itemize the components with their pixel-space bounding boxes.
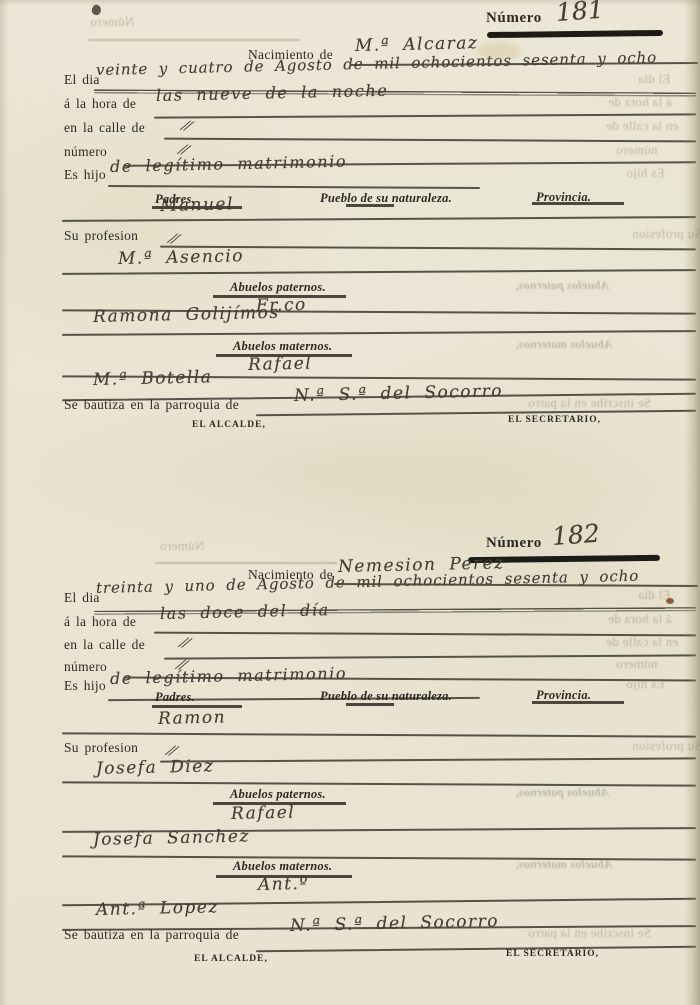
hijo-label: Es hijo xyxy=(64,678,106,694)
numero-label: Número xyxy=(486,535,542,552)
abuela-paterna-handwritten: Josefa Sanchez xyxy=(93,826,250,850)
bleed-through-abuelos-paternos: Abuelos paternos, xyxy=(515,785,609,800)
bleed-through-numero-casa: número xyxy=(616,656,658,672)
ruled-line xyxy=(108,185,480,189)
profesion-ditto-mark: // xyxy=(166,232,180,247)
secretario-signature-label: EL SECRETARIO, xyxy=(506,949,599,959)
header-underline xyxy=(532,202,624,205)
bleed-through-profesion: Su profesion xyxy=(632,226,700,242)
padre-value-handwritten: Manuel xyxy=(160,194,234,216)
madre-value-handwritten: Josefa Diez xyxy=(96,756,215,779)
bleed-through-dia: El dia xyxy=(638,71,671,87)
abuelo-materno-handwritten: Ant.º xyxy=(258,874,309,895)
bleed-through-hijo: Es hijo xyxy=(626,676,665,692)
birth-record-182: Número Número 182 Nacimiento de Nemesion… xyxy=(60,530,700,980)
bleed-through-line xyxy=(155,562,337,564)
hijo-value-handwritten: de legítimo matrimonio xyxy=(110,664,348,688)
ruled-line xyxy=(62,330,696,336)
hora-value-handwritten: las nueve de la noche xyxy=(156,81,389,105)
padre-value-handwritten: Ramon xyxy=(158,707,227,729)
bleed-through-abuelos-maternos: Abuelos maternos, xyxy=(515,857,612,872)
abuela-materna-handwritten: Ant.ª Lopez xyxy=(96,897,219,920)
bautiza-label: Se bautiza en la parroquia de xyxy=(64,397,239,413)
profesion-label: Su profesion xyxy=(64,740,138,756)
numero-value-handwritten: 182 xyxy=(551,519,601,551)
bleed-through-profesion: Su profesion xyxy=(632,738,700,754)
bleed-through-abuelos-paternos: Abuelos paternos, xyxy=(515,278,609,293)
ink-blot xyxy=(666,598,674,604)
alcalde-signature-label: EL ALCALDE, xyxy=(192,420,266,430)
calle-label: en la calle de xyxy=(64,120,145,136)
calle-label: en la calle de xyxy=(64,637,145,653)
bleed-through-numero: Número xyxy=(160,538,204,554)
numero-casa-label: número xyxy=(64,144,107,160)
bleed-through-abuelos-maternos: Abuelos maternos, xyxy=(515,337,612,352)
paper-smudge xyxy=(476,42,520,60)
ruled-line xyxy=(256,946,696,953)
abuela-paterna-handwritten: Ramona Golijímos xyxy=(93,303,280,327)
abuelos-maternos-header: Abuelos maternos. xyxy=(233,339,332,354)
calle-ditto-mark: // xyxy=(179,119,193,134)
calle-ditto-mark: // xyxy=(177,636,191,651)
hora-label: á la hora de xyxy=(64,614,136,630)
profesion-label: Su profesion xyxy=(64,228,138,244)
abuela-materna-handwritten: M.ª Botella xyxy=(93,367,213,390)
padres-header: Padres. xyxy=(155,690,195,705)
hora-value-handwritten: las doce del día xyxy=(160,600,330,623)
header-underline xyxy=(346,703,394,706)
bleed-through-hora: á la hora de xyxy=(608,611,672,627)
bleed-through-line xyxy=(88,39,300,41)
birth-record-181: Número Número 181 Nacimiento de M.ª Alca… xyxy=(60,10,700,445)
madre-value-handwritten: M.ª Asencio xyxy=(118,246,244,269)
hijo-value-handwritten: de legítimo matrimonio xyxy=(110,152,348,176)
registry-page-scan: Número Número 181 Nacimiento de M.ª Alca… xyxy=(0,0,700,1005)
ruled-line xyxy=(62,269,696,275)
bleed-through-inscribe: Se inscribe en la parro xyxy=(528,395,651,411)
bleed-through-numero: Número xyxy=(90,14,134,30)
page-edge-shadow-top xyxy=(0,0,700,6)
bleed-through-hora: á la hora de xyxy=(608,94,672,110)
header-underline xyxy=(532,701,624,704)
numero-label: Número xyxy=(486,10,542,27)
abuelo-materno-handwritten: Rafael xyxy=(248,354,313,375)
pueblo-header: Pueblo de su naturaleza. xyxy=(320,689,452,704)
abuelos-maternos-header: Abuelos maternos. xyxy=(233,859,332,874)
abuelos-paternos-header: Abuelos paternos. xyxy=(230,280,326,295)
dia-label: El dia xyxy=(64,590,100,606)
parroquia-value-handwritten: N.ª S.ª del Socorro xyxy=(294,381,503,406)
hijo-label: Es hijo xyxy=(64,167,106,183)
bleed-through-hijo: Es hijo xyxy=(626,165,665,181)
bleed-through-calle: en la calle de xyxy=(606,634,678,650)
ruled-line xyxy=(62,732,696,737)
hora-label: á la hora de xyxy=(64,96,136,112)
alcalde-signature-label: EL ALCALDE, xyxy=(194,954,268,964)
numero-casa-label: número xyxy=(64,659,107,675)
dia-label: El dia xyxy=(64,72,100,88)
bleed-through-inscribe: Se inscribe en la parro xyxy=(528,925,651,941)
numero-underline-bar xyxy=(487,30,663,38)
parroquia-value-handwritten: N.ª S.ª del Socorro xyxy=(290,911,499,936)
ruled-line xyxy=(62,216,696,222)
bautiza-label: Se bautiza en la parroquia de xyxy=(64,927,239,943)
ruled-line xyxy=(160,757,696,762)
bleed-through-numero-casa: número xyxy=(616,142,658,158)
header-underline xyxy=(346,204,394,207)
secretario-signature-label: EL SECRETARIO, xyxy=(508,415,601,425)
bleed-through-calle: en la calle de xyxy=(606,118,678,134)
abuelo-paterno-handwritten: Rafael xyxy=(231,803,296,824)
abuelos-paternos-header: Abuelos paternos. xyxy=(230,787,326,802)
page-edge-shadow-left xyxy=(0,0,9,1005)
